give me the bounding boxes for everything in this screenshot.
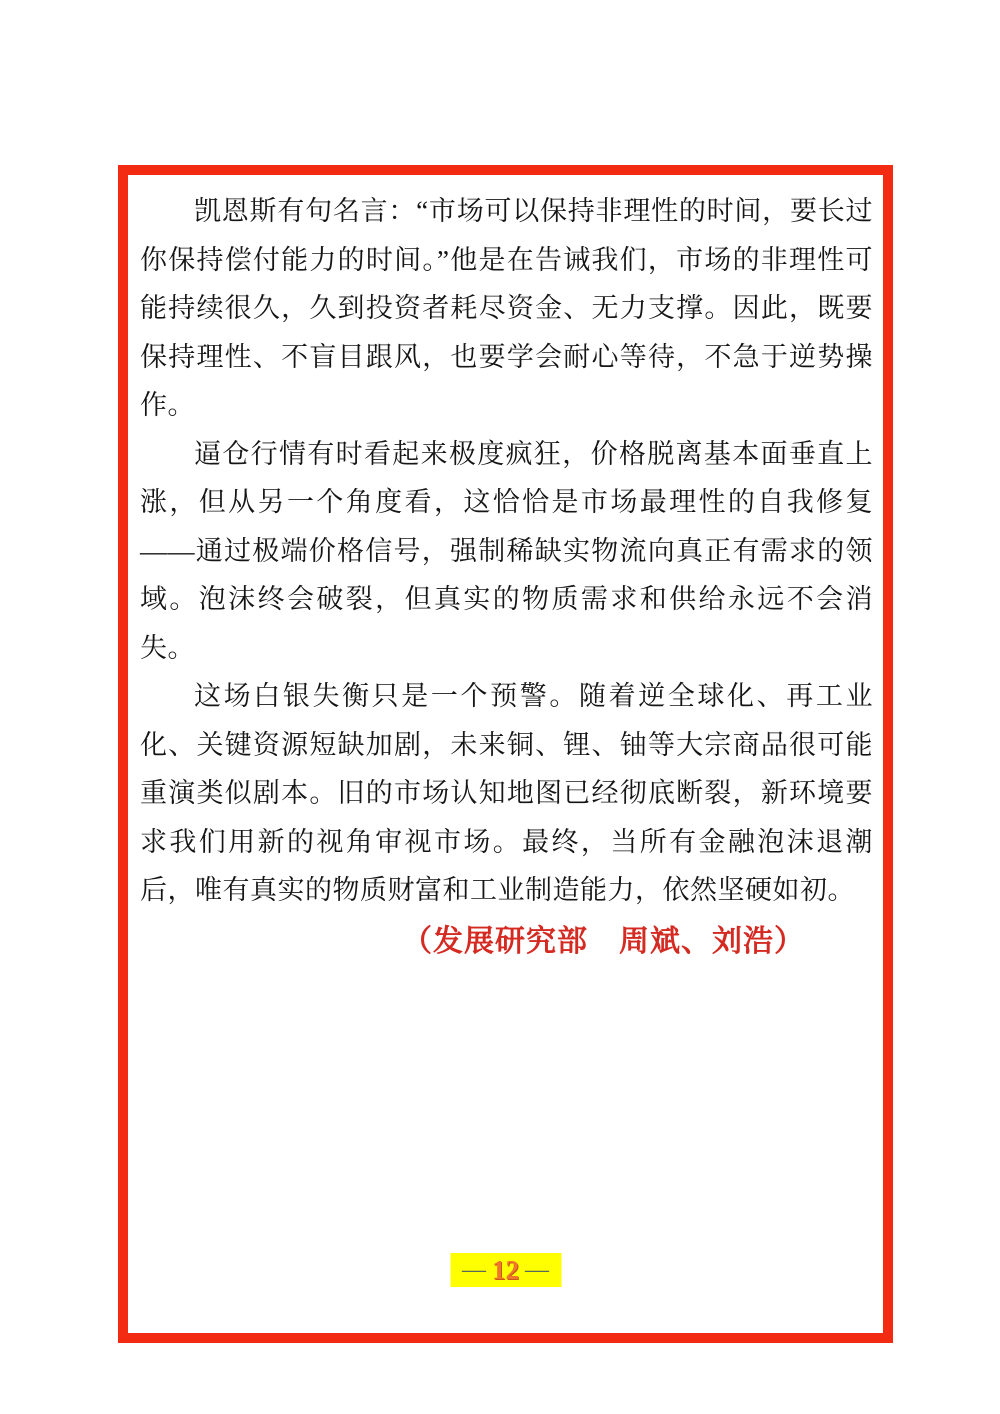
paragraph-keynes-quote: 凯恩斯有句名言：“市场可以保持非理性的时间，要长过你保持偿付能力的时间。”他是在… <box>140 187 873 430</box>
dash-right: — <box>525 1253 549 1287</box>
paragraph-short-squeeze: 逼仓行情有时看起来极度疯狂，价格脱离基本面垂直上涨，但从另一个角度看，这恰恰是市… <box>140 430 873 673</box>
document-page: 凯恩斯有句名言：“市场可以保持非理性的时间，要长过你保持偿付能力的时间。”他是在… <box>0 0 1000 1414</box>
attribution-line: （发展研究部 周斌、刘浩） <box>140 917 873 967</box>
dash-left: — <box>462 1253 486 1287</box>
page-number: 12 <box>492 1253 519 1287</box>
red-border-frame: 凯恩斯有句名言：“市场可以保持非理性的时间，要长过你保持偿付能力的时间。”他是在… <box>118 165 893 1343</box>
paragraph-silver-warning: 这场白银失衡只是一个预警。随着逆全球化、再工业化、关键资源短缺加剧，未来铜、锂、… <box>140 672 873 915</box>
document-body: 凯恩斯有句名言：“市场可以保持非理性的时间，要长过你保持偿付能力的时间。”他是在… <box>128 175 883 967</box>
page-number-badge: — 12 — <box>450 1253 561 1287</box>
